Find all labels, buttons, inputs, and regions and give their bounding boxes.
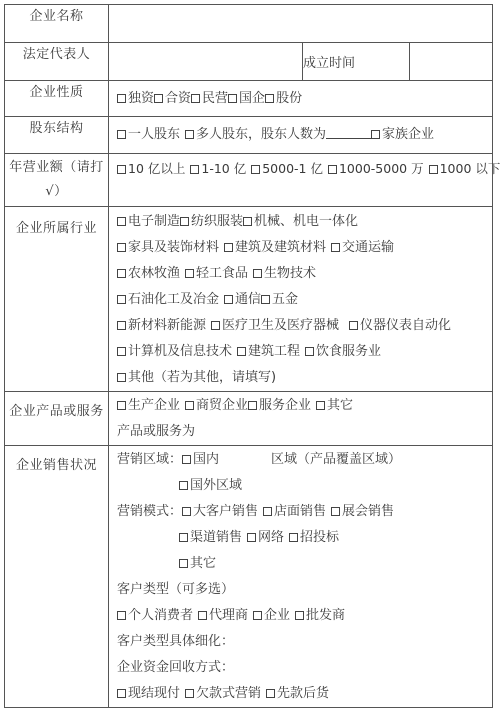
industry-line-5: 新材料新能源医疗卫生及医疗器械仪器仪表自动化 bbox=[109, 313, 492, 339]
checkbox-industry-hardware[interactable]: 五金 bbox=[261, 292, 298, 307]
checkbox-nature-state[interactable]: 国企 bbox=[228, 91, 265, 106]
label-founded-time: 成立时间 bbox=[303, 43, 410, 81]
checkbox-icon[interactable] bbox=[179, 559, 188, 568]
checkbox-icon[interactable] bbox=[182, 455, 191, 464]
checkbox-icon[interactable] bbox=[117, 130, 126, 139]
marketing-region-line: 营销区域：国内区域（产品覆盖区域） bbox=[109, 447, 492, 473]
checkbox-mode-storefront[interactable]: 店面销售 bbox=[263, 504, 326, 519]
checkbox-icon[interactable] bbox=[180, 217, 189, 226]
products-options: 生产企业商贸企业服务企业其它 产品或服务为 bbox=[109, 392, 493, 446]
checkbox-icon[interactable] bbox=[253, 269, 262, 278]
company-nature-options: 独资合资民营国企股份 bbox=[109, 81, 493, 117]
industry-line-4: 石油化工及冶金通信五金 bbox=[109, 287, 492, 313]
checkbox-industry-petrochemical[interactable]: 石油化工及冶金 bbox=[117, 292, 219, 307]
checkbox-customer-wholesaler[interactable]: 批发商 bbox=[295, 608, 345, 623]
checkbox-service-enterprise[interactable]: 服务企业 bbox=[248, 398, 311, 413]
sales-section: 营销区域：国内区域（产品覆盖区域） 国外区域 营销模式：大客户销售店面销售展会销… bbox=[109, 446, 493, 708]
checkbox-mode-key-account[interactable]: 大客户销售 bbox=[182, 504, 258, 519]
checkbox-mode-other[interactable]: 其它 bbox=[179, 556, 216, 571]
label-shareholder-structure: 股东结构 bbox=[5, 117, 109, 154]
checkbox-nature-shareholding[interactable]: 股份 bbox=[265, 91, 302, 106]
checkbox-icon[interactable] bbox=[328, 165, 337, 174]
checkbox-industry-light-food[interactable]: 轻工食品 bbox=[185, 266, 248, 281]
checkbox-icon[interactable] bbox=[117, 269, 126, 278]
checkbox-icon[interactable] bbox=[224, 295, 233, 304]
legal-rep-field[interactable] bbox=[109, 43, 303, 81]
checkbox-icon[interactable] bbox=[248, 401, 257, 410]
checkbox-industry-biotech[interactable]: 生物技术 bbox=[253, 266, 316, 281]
checkbox-region-foreign[interactable]: 国外区域 bbox=[179, 478, 242, 493]
region-coverage-label: 区域（产品覆盖区域） bbox=[271, 447, 401, 473]
checkbox-icon[interactable] bbox=[243, 217, 252, 226]
checkbox-mode-exhibition[interactable]: 展会销售 bbox=[331, 504, 394, 519]
checkbox-icon[interactable] bbox=[117, 401, 126, 410]
checkbox-industry-instruments[interactable]: 仪器仪表自动化 bbox=[349, 318, 451, 333]
label-company-nature: 企业性质 bbox=[5, 81, 109, 117]
checkbox-icon[interactable] bbox=[251, 165, 260, 174]
checkbox-icon[interactable] bbox=[253, 611, 262, 620]
checkbox-payment-cash[interactable]: 现结现付 bbox=[117, 686, 180, 701]
industry-line-3: 农林牧渔轻工食品生物技术 bbox=[109, 261, 492, 287]
checkbox-icon[interactable] bbox=[263, 507, 272, 516]
checkbox-icon[interactable] bbox=[154, 94, 163, 103]
checkbox-industry-new-materials[interactable]: 新材料新能源 bbox=[117, 318, 206, 333]
checkbox-icon[interactable] bbox=[265, 94, 274, 103]
checkbox-revenue-over-1b[interactable]: 10 亿以上 bbox=[117, 161, 185, 176]
checkbox-customer-enterprise[interactable]: 企业 bbox=[253, 608, 290, 623]
checkbox-icon[interactable] bbox=[224, 243, 233, 252]
checkbox-icon[interactable] bbox=[179, 481, 188, 490]
checkbox-mode-bidding[interactable]: 招投标 bbox=[289, 530, 339, 545]
products-services-line[interactable]: 产品或服务为 bbox=[109, 419, 492, 445]
checkbox-region-domestic[interactable]: 国内 bbox=[182, 452, 219, 467]
customer-type-label: 客户类型（可多选） bbox=[109, 577, 492, 603]
industry-line-6: 计算机及信息技术建筑工程饮食服务业 bbox=[109, 339, 492, 365]
checkbox-trading-enterprise[interactable]: 商贸企业 bbox=[185, 398, 248, 413]
label-company-name: 企业名称 bbox=[5, 5, 109, 43]
checkbox-icon[interactable] bbox=[429, 165, 438, 174]
checkbox-nature-joint[interactable]: 合资 bbox=[154, 91, 191, 106]
industry-line-2: 家具及装饰材料建筑及建筑材料交通运输 bbox=[109, 235, 492, 261]
payment-method-label: 企业资金回收方式： bbox=[109, 655, 492, 681]
checkbox-customer-agent[interactable]: 代理商 bbox=[198, 608, 248, 623]
checkbox-industry-textile[interactable]: 纺织服装 bbox=[180, 214, 243, 229]
label-industry: 企业所属行业 bbox=[5, 207, 109, 392]
checkbox-icon[interactable] bbox=[117, 611, 126, 620]
checkbox-industry-telecom[interactable]: 通信 bbox=[224, 292, 261, 307]
checkbox-revenue-under-10m[interactable]: 1000 以下 bbox=[429, 161, 500, 176]
checkbox-production-enterprise[interactable]: 生产企业 bbox=[117, 398, 180, 413]
checkbox-icon[interactable] bbox=[237, 347, 246, 356]
checkbox-revenue-50m-100m[interactable]: 5000-1 亿 bbox=[251, 161, 323, 176]
checkbox-icon[interactable] bbox=[185, 689, 194, 698]
checkbox-icon[interactable] bbox=[316, 401, 325, 410]
checkbox-icon[interactable] bbox=[191, 94, 200, 103]
checkbox-industry-electronics[interactable]: 电子制造 bbox=[117, 214, 180, 229]
checkbox-icon[interactable] bbox=[117, 243, 126, 252]
checkbox-icon[interactable] bbox=[185, 269, 194, 278]
label-sales-status: 企业销售状况 bbox=[5, 446, 109, 708]
checkbox-icon[interactable] bbox=[179, 533, 188, 542]
payment-method-options: 现结现付欠款式营销先款后货 bbox=[109, 681, 492, 707]
checkbox-mode-channel[interactable]: 渠道销售 bbox=[179, 530, 242, 545]
checkbox-nature-sole[interactable]: 独资 bbox=[117, 91, 154, 106]
checkbox-industry-it[interactable]: 计算机及信息技术 bbox=[117, 344, 232, 359]
checkbox-icon[interactable] bbox=[305, 347, 314, 356]
checkbox-multi-shareholder[interactable]: 多人股东，股东人数为 bbox=[185, 127, 326, 142]
checkbox-icon[interactable] bbox=[185, 401, 194, 410]
checkbox-industry-catering[interactable]: 饮食服务业 bbox=[305, 344, 381, 359]
checkbox-icon[interactable] bbox=[117, 689, 126, 698]
checkbox-revenue-10m-50m[interactable]: 1000-5000 万 bbox=[328, 161, 424, 176]
checkbox-icon[interactable] bbox=[117, 94, 126, 103]
checkbox-payment-prepaid[interactable]: 先款后货 bbox=[266, 686, 329, 701]
checkbox-industry-machinery[interactable]: 机械、机电一体化 bbox=[243, 214, 358, 229]
marketing-region-foreign-line: 国外区域 bbox=[109, 473, 492, 499]
checkbox-icon[interactable] bbox=[261, 295, 270, 304]
industry-line-7: 其他（若为其他，请填写) bbox=[109, 365, 492, 391]
marketing-mode-line-2: 渠道销售网络招投标 bbox=[109, 525, 492, 551]
checkbox-icon[interactable] bbox=[295, 611, 304, 620]
checkbox-industry-construction[interactable]: 建筑工程 bbox=[237, 344, 300, 359]
checkbox-mode-online[interactable]: 网络 bbox=[247, 530, 284, 545]
customer-type-options: 个人消费者代理商企业批发商 bbox=[109, 603, 492, 629]
checkbox-industry-other[interactable]: 其他（若为其他，请填写) bbox=[117, 370, 276, 385]
checkbox-icon[interactable] bbox=[198, 611, 207, 620]
checkbox-icon[interactable] bbox=[117, 295, 126, 304]
checkbox-customer-individual[interactable]: 个人消费者 bbox=[117, 608, 193, 623]
checkbox-icon[interactable] bbox=[117, 347, 126, 356]
checkbox-industry-furniture[interactable]: 家具及装饰材料 bbox=[117, 240, 219, 255]
label-products-services: 企业产品或服务 bbox=[5, 392, 109, 446]
shareholder-options: 一人股东多人股东，股东人数为家族企业 bbox=[109, 117, 493, 154]
checkbox-icon[interactable] bbox=[117, 217, 126, 226]
checkbox-icon[interactable] bbox=[247, 533, 256, 542]
marketing-mode-line-3: 其它 bbox=[109, 551, 492, 577]
company-info-form: 企业名称 法定代表人 成立时间 企业性质 独资合资民营国企股份 股东结构 一人股… bbox=[4, 4, 493, 708]
company-name-field[interactable] bbox=[109, 5, 493, 43]
checkbox-family-business[interactable]: 家族企业 bbox=[371, 127, 434, 142]
label-annual-revenue: 年营业额（请打 √） bbox=[5, 154, 109, 207]
label-legal-rep: 法定代表人 bbox=[5, 43, 109, 81]
checkbox-icon[interactable] bbox=[190, 165, 199, 174]
checkbox-industry-agriculture[interactable]: 农林牧渔 bbox=[117, 266, 180, 281]
revenue-options: 10 亿以上1-10 亿5000-1 亿1000-5000 万1000 以下 bbox=[109, 154, 493, 207]
checkbox-single-shareholder[interactable]: 一人股东 bbox=[117, 127, 180, 142]
checkbox-icon[interactable] bbox=[117, 321, 126, 330]
checkbox-icon[interactable] bbox=[266, 689, 275, 698]
checkbox-icon[interactable] bbox=[211, 321, 220, 330]
checkbox-payment-credit[interactable]: 欠款式营销 bbox=[185, 686, 261, 701]
checkbox-icon[interactable] bbox=[117, 165, 126, 174]
checkbox-icon[interactable] bbox=[349, 321, 358, 330]
checkbox-icon[interactable] bbox=[228, 94, 237, 103]
checkbox-icon[interactable] bbox=[117, 373, 126, 382]
marketing-mode-line-1: 营销模式：大客户销售店面销售展会销售 bbox=[109, 499, 492, 525]
checkbox-icon[interactable] bbox=[185, 130, 194, 139]
checkbox-other-enterprise[interactable]: 其它 bbox=[316, 398, 353, 413]
checkbox-industry-transport[interactable]: 交通运输 bbox=[331, 240, 394, 255]
checkbox-nature-private[interactable]: 民营 bbox=[191, 91, 228, 106]
checkbox-icon[interactable] bbox=[331, 243, 340, 252]
checkbox-revenue-100m-1b[interactable]: 1-10 亿 bbox=[190, 161, 246, 176]
checkbox-industry-medical[interactable]: 医疗卫生及医疗器械 bbox=[211, 318, 339, 333]
checkbox-icon[interactable] bbox=[289, 533, 298, 542]
industry-line-1: 电子制造纺织服装机械、机电一体化 bbox=[109, 209, 492, 235]
shareholder-count-blank[interactable] bbox=[326, 126, 371, 139]
checkbox-icon[interactable] bbox=[371, 130, 380, 139]
checkbox-industry-construction-materials[interactable]: 建筑及建筑材料 bbox=[224, 240, 326, 255]
founded-time-field[interactable] bbox=[410, 43, 493, 81]
customer-detail-field[interactable]: 客户类型具体细化： bbox=[109, 629, 492, 655]
checkbox-icon[interactable] bbox=[331, 507, 340, 516]
industry-options: 电子制造纺织服装机械、机电一体化 家具及装饰材料建筑及建筑材料交通运输 农林牧渔… bbox=[109, 207, 493, 392]
checkbox-icon[interactable] bbox=[182, 507, 191, 516]
